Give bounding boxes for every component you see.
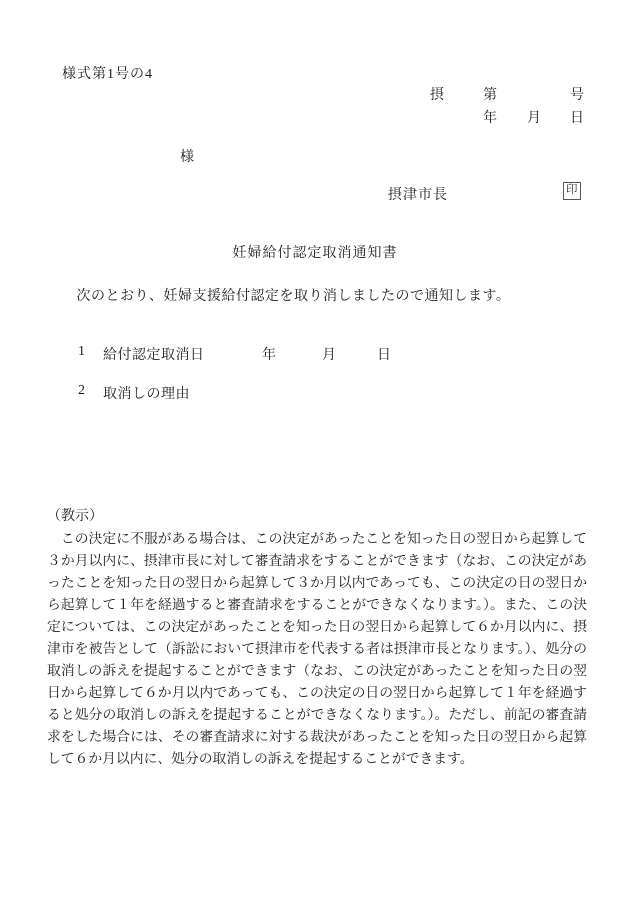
- item-1-month-label: 月: [322, 344, 336, 364]
- page-title: 妊婦給付認定取消通知書: [0, 242, 630, 262]
- form-number: 様式第1号の4: [62, 63, 153, 83]
- document-page: 様式第1号の4 摂 第 号 年 月 日 様 摂津市長 印 妊婦給付認定取消通知書…: [0, 0, 630, 903]
- ref-number-go: 号: [570, 84, 584, 104]
- addressee-honorific: 様: [180, 146, 194, 166]
- ref-number-dai: 第: [483, 84, 497, 104]
- issue-date-year-label: 年: [483, 107, 497, 127]
- item-2-label: 取消しの理由: [103, 383, 190, 403]
- item-1-label: 給付認定取消日: [103, 344, 205, 364]
- item-1-year-label: 年: [262, 344, 276, 364]
- item-1-day-label: 日: [377, 344, 391, 364]
- issuer-title: 摂津市長: [388, 184, 448, 204]
- issue-date-month-label: 月: [527, 107, 541, 127]
- ref-number-city-prefix: 摂: [430, 84, 444, 104]
- notice-body: この決定に不服がある場合は、この決定があったことを知った日の翌日から起算して３か…: [47, 528, 587, 770]
- intro-sentence: 次のとおり、妊婦支援給付認定を取り消しましたので通知します。: [62, 285, 510, 305]
- seal-placeholder: 印: [563, 182, 581, 200]
- issue-date-day-label: 日: [570, 107, 584, 127]
- item-1-number: 1: [78, 344, 85, 360]
- item-2-number: 2: [78, 383, 85, 399]
- notice-heading: （教示）: [47, 505, 103, 525]
